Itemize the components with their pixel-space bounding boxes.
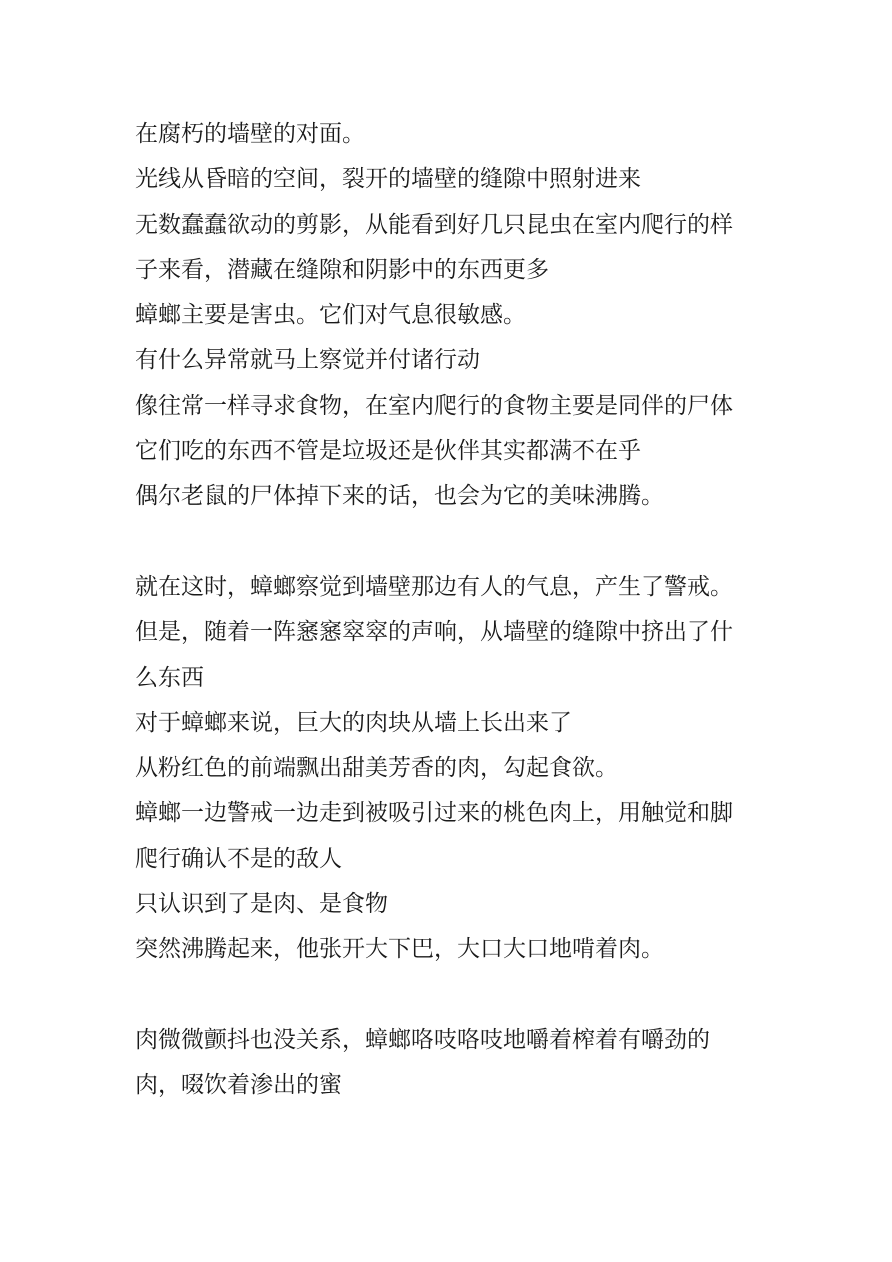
text-line: 对于蟑螂来说，巨大的肉块从墙上长出来了 bbox=[135, 701, 765, 746]
document-body: 在腐朽的墙壁的对面。 光线从昏暗的空间，裂开的墙壁的缝隙中照射进来 无数蠢蠢欲动… bbox=[135, 112, 765, 1109]
text-line: 蟑螂一边警戒一边走到被吸引过来的桃色肉上，用触觉和脚 bbox=[135, 791, 765, 836]
text-line: 子来看，潜藏在缝隙和阴影中的东西更多 bbox=[135, 248, 765, 293]
text-line: 偶尔老鼠的尸体掉下来的话，也会为它的美味沸腾。 bbox=[135, 474, 765, 519]
paragraph-2: 就在这时，蟑螂察觉到墙壁那边有人的气息，产生了警戒。 但是，随着一阵窸窸窣窣的声… bbox=[135, 565, 765, 973]
paragraph-spacer bbox=[135, 973, 765, 1018]
text-line: 就在这时，蟑螂察觉到墙壁那边有人的气息，产生了警戒。 bbox=[135, 565, 765, 610]
text-line: 只认识到了是肉、是食物 bbox=[135, 882, 765, 927]
text-line: 有什么异常就马上察觉并付诸行动 bbox=[135, 338, 765, 383]
paragraph-1: 在腐朽的墙壁的对面。 光线从昏暗的空间，裂开的墙壁的缝隙中照射进来 无数蠢蠢欲动… bbox=[135, 112, 765, 520]
text-line: 光线从昏暗的空间，裂开的墙壁的缝隙中照射进来 bbox=[135, 157, 765, 202]
text-line: 肉微微颤抖也没关系，蟑螂咯吱咯吱地嚼着榨着有嚼劲的 bbox=[135, 1018, 765, 1063]
text-line: 爬行确认不是的敌人 bbox=[135, 837, 765, 882]
text-line: 从粉红色的前端飘出甜美芳香的肉，勾起食欲。 bbox=[135, 746, 765, 791]
text-line: 但是，随着一阵窸窸窣窣的声响，从墙壁的缝隙中挤出了什 bbox=[135, 610, 765, 655]
text-line: 它们吃的东西不管是垃圾还是伙伴其实都满不在乎 bbox=[135, 429, 765, 474]
text-line: 肉，啜饮着渗出的蜜 bbox=[135, 1063, 765, 1108]
text-line: 突然沸腾起来，他张开大下巴，大口大口地啃着肉。 bbox=[135, 927, 765, 972]
paragraph-spacer bbox=[135, 520, 765, 565]
text-line: 像往常一样寻求食物，在室内爬行的食物主要是同伴的尸体 bbox=[135, 384, 765, 429]
text-line: 无数蠢蠢欲动的剪影，从能看到好几只昆虫在室内爬行的样 bbox=[135, 203, 765, 248]
paragraph-3: 肉微微颤抖也没关系，蟑螂咯吱咯吱地嚼着榨着有嚼劲的 肉，啜饮着渗出的蜜 bbox=[135, 1018, 765, 1109]
text-line: 在腐朽的墙壁的对面。 bbox=[135, 112, 765, 157]
text-line: 蟑螂主要是害虫。它们对气息很敏感。 bbox=[135, 293, 765, 338]
text-line: 么东西 bbox=[135, 656, 765, 701]
